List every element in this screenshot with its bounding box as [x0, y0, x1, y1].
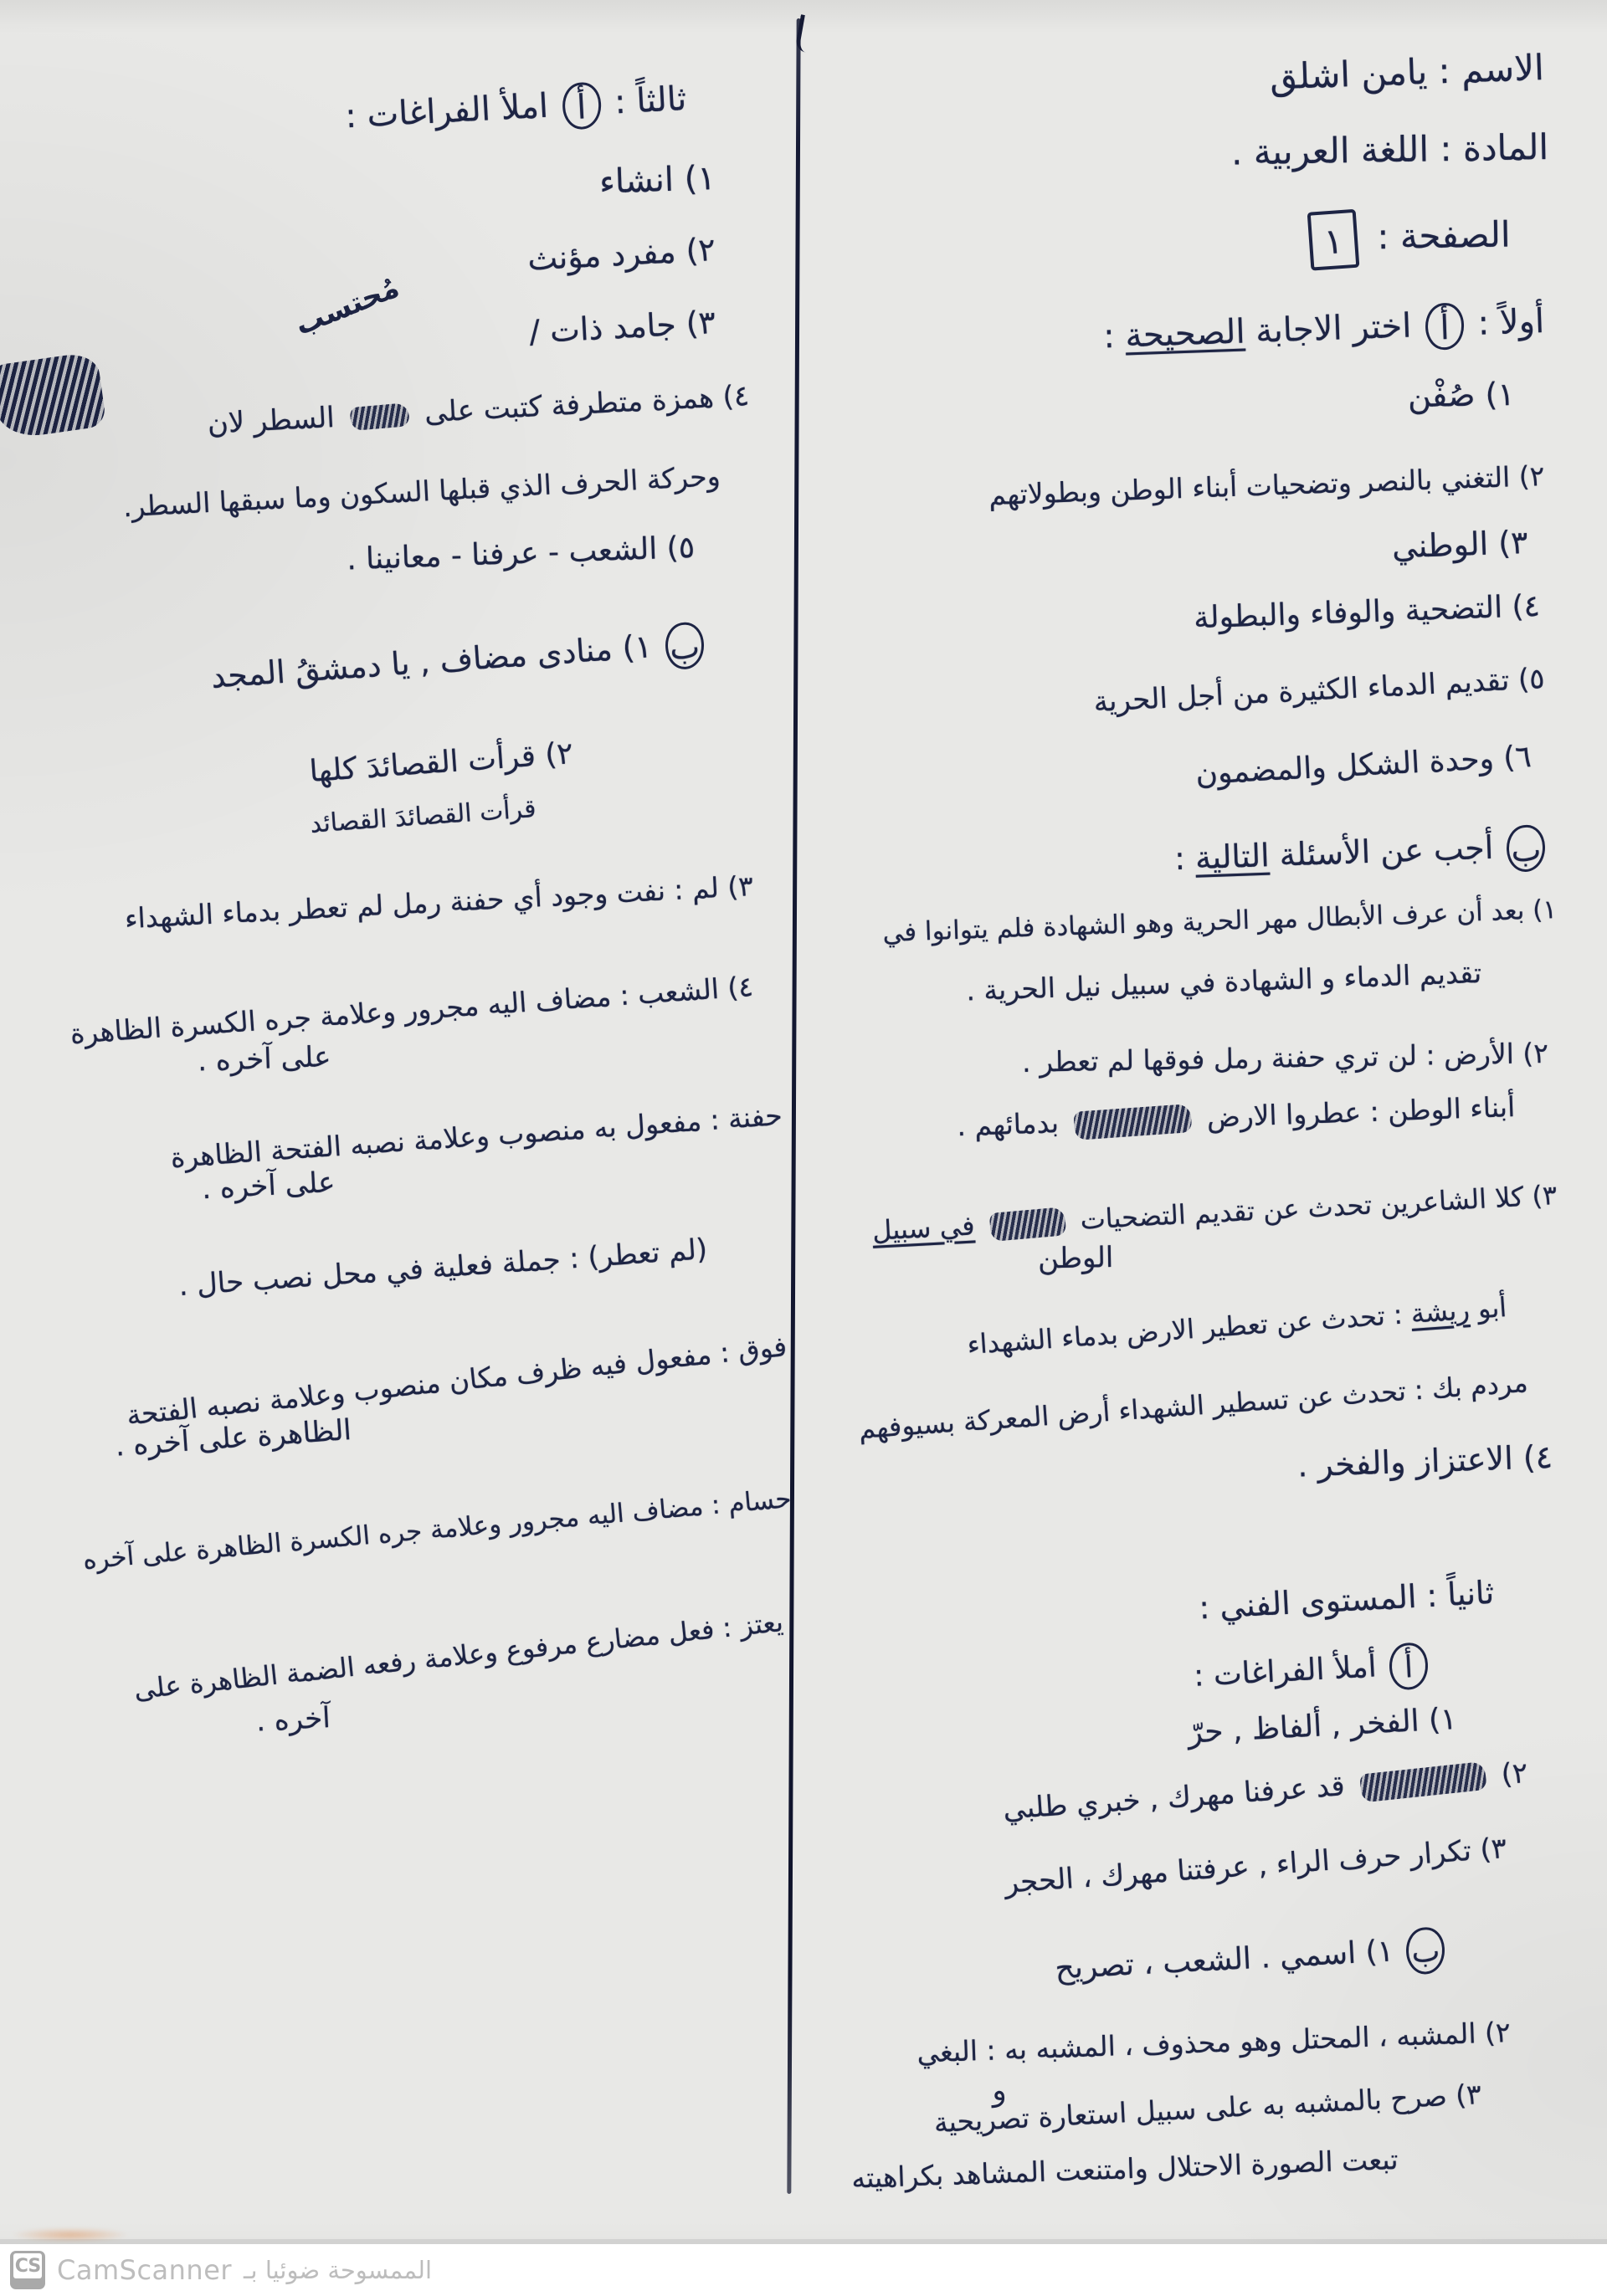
section2b-item1: ب ١) اسمي . الشعب ، تصريح — [1054, 1926, 1450, 1994]
grammar-b-letter-circle: ب — [664, 621, 706, 670]
blank-answer-4-tail: السطر لان — [207, 401, 336, 441]
scanned-exam-page: الاسم : يامن اشلق المادة : اللغة العربية… — [0, 0, 1607, 2296]
section1-letter-circle: أ — [1425, 302, 1465, 351]
scanned-by-caption: الممسوحة ضوئيا بـ — [244, 2256, 432, 2284]
yataz-parse-line2: آخره . — [255, 1700, 331, 1740]
fill-blank-answer-3: ٣) تكرار حرف الراء , عرفتنا مهرك ، الحجر — [1004, 1831, 1507, 1901]
cs-logo-text: CS — [13, 2253, 42, 2278]
qa-title-underlined: التالية — [1194, 837, 1270, 876]
blank-answer-4-line1: ٤) همزة متطرفة كتبت على السطر لان — [207, 378, 750, 442]
qa-title: أجب عن الأسئلة — [1279, 829, 1494, 874]
grammar-b2-line1: ٢) قرأت القصائدَ كلها — [309, 735, 575, 791]
lam-tuattar-parse: (لم تعطر) : جملة فعلية في محل نصب حال . — [177, 1232, 708, 1304]
hafna-parse-line2: على آخره . — [201, 1165, 336, 1207]
qa2-line2-tail: بدمائهم . — [957, 1106, 1060, 1142]
student-name-text: الاسم : يامن اشلق — [1270, 47, 1545, 97]
qa-letter-circle: ب — [1506, 824, 1546, 873]
ink-scribble — [349, 402, 409, 431]
section2b-item3-line2: تبعت الصورة الاحتلال وامتنعت المشاهد بكر… — [850, 2142, 1398, 2196]
blank-answer-4-line2: وحركة الحرف الذي قبلها السكون وما سبقها … — [121, 459, 721, 525]
section3-letter-circle: أ — [561, 81, 602, 130]
fill-blank-answer-2: ٢) قد عرفنا مهرك , خبري طلبي — [1002, 1755, 1529, 1827]
qa1-line2: تقديم الدماء و الشهادة في سبيل نيل الحري… — [966, 956, 1482, 1008]
blank-answer-1: ١) انشاء — [598, 157, 716, 203]
mcq-answer-3: ٣) الوطني — [1391, 523, 1528, 567]
section1-heading: أولاً : أ اختر الاجابة الصحيحة : — [1102, 300, 1545, 361]
yataz-parse-line1: يعتز : فعل مضارع مرفوع وعلامة رفعه الضمة… — [132, 1605, 784, 1706]
subject-line: المادة : اللغة العربية . — [1231, 126, 1549, 175]
qa3-poet1: أبو — [1476, 1291, 1507, 1325]
page-number-line: الصفحة : ١ — [1301, 208, 1512, 269]
section1-title-underlined: الصحيحة — [1125, 312, 1246, 355]
section2a-title: أملأ الفراغات : — [1193, 1649, 1377, 1693]
camscanner-brand-text: CamScanner — [57, 2254, 232, 2286]
section3-ordinal: ثالثاً : — [614, 79, 687, 121]
hafna-parse-line1: حفنة : مفعول به منصوب وعلامة نصبه الفتحة… — [170, 1098, 784, 1175]
qa-title-colon: : — [1173, 840, 1185, 877]
heavy-ink-scribble — [0, 351, 107, 441]
grammar-b4-line1: ٤) الشعب : مضاف اليه مجرور وعلامة جره ال… — [69, 969, 755, 1051]
section2a-letter-circle: أ — [1389, 1642, 1430, 1690]
page-number-box: ١ — [1307, 209, 1360, 271]
ink-scribble — [1359, 1760, 1487, 1801]
qa3-line2: الوطن — [1037, 1240, 1113, 1277]
section3-title: املأ الفراغات : — [344, 87, 549, 136]
qa3-line1-underlined: في سبيل — [871, 1209, 975, 1246]
subject-text: المادة : اللغة العربية . — [1231, 126, 1549, 173]
section2b-item3: ٣) صرح بالمشبه به على سبيل استعارة تصريح… — [933, 2077, 1482, 2140]
husam-parse-line: حسام : مضاف اليه مجرور وعلامة جره الكسرة… — [81, 1483, 793, 1577]
section1-ordinal: أولاً : — [1477, 302, 1545, 343]
qa3-line1: ٣) كلا الشاعرين تحدث عن تقديم التضحيات ف… — [871, 1178, 1558, 1248]
ink-scribble — [988, 1207, 1066, 1242]
qa3-line4: مردم بك : تحدث عن تسطير الشهداء أرض المع… — [857, 1366, 1528, 1446]
camscanner-logo-icon: CS — [10, 2251, 45, 2289]
qa3-line3: أبو ريشة : تحدث عن تعطير الارض بدماء الش… — [966, 1290, 1507, 1361]
qa-section-heading: ب أجب عن الأسئلة التالية : — [1173, 824, 1549, 884]
section2b-item2: ٢) المشبه ، المحتل وهو محذوف ، المشبه به… — [916, 2015, 1512, 2070]
section1-title-colon: : — [1102, 317, 1115, 356]
margin-correction-mark: و — [991, 2073, 1008, 2109]
fill-blank-answer-1: ١) الفخر , ألفاظ , حرّ — [1187, 1700, 1457, 1752]
camscanner-watermark-bar: CS CamScanner الممسوحة ضوئيا بـ — [0, 2244, 1607, 2296]
right-column: الاسم : يامن اشلق المادة : اللغة العربية… — [803, 0, 1607, 2296]
grammar-b4-line2: على آخره . — [197, 1039, 331, 1079]
grammar-b3: ٣) لم : نفت وجود أي حفنة رمل لم تعطر بدم… — [124, 869, 754, 936]
blank-answer-3: ٣) جامد ذات / — [528, 303, 716, 352]
fill-blank-2-text: قد عرفنا مهرك , خبري طلبي — [1002, 1769, 1346, 1826]
section2-heading: ثانياً : المستوى الفني : — [1198, 1573, 1495, 1628]
grammar-b2-line2: قرأت القصائدَ القصائد — [309, 793, 537, 840]
mcq-answer-4: ٤) التضحية والوفاء والبطولة — [1194, 587, 1541, 637]
mcq-answer-2: ٢) التغني بالنصر وتضحيات أبناء الوطن وبط… — [988, 459, 1544, 512]
qa2-line2: أبناء الوطن : عطروا الارض بدمائهم . — [957, 1089, 1516, 1144]
section1-title: اختر الاجابة — [1255, 307, 1412, 351]
fawq-parse-line1: فوق : مفعول فيه ظرف مكان منصوب وعلامة نص… — [125, 1329, 788, 1432]
mcq-answer-5: ٥) تقديم الدماء الكثيرة من أجل الحرية — [1092, 661, 1545, 720]
qa2-line1: ٢) الأرض : لن تري حفنة رمل فوقها لم تعطر… — [1022, 1036, 1549, 1079]
grammar-b1-text: ١) منادى مضاف , يا دمشقُ المجد — [210, 628, 654, 695]
fill-blank-2-number: ٢) — [1500, 1756, 1528, 1791]
qa3-line3-text: : تحدث عن تعطير الارض بدماء الشهداء — [966, 1299, 1404, 1361]
page-label: الصفحة : — [1377, 214, 1511, 258]
qa3-line1-text: ٣) كلا الشاعرين تحدث عن تقديم التضحيات — [1080, 1179, 1558, 1236]
blank-answer-3-note: مُحتسب — [290, 270, 404, 342]
ink-scribble — [1073, 1104, 1192, 1140]
section2a-heading: أ أملأ الفراغات : — [1193, 1642, 1433, 1701]
blank-answer-4-text: ٤) همزة متطرفة كتبت على — [424, 379, 750, 429]
section2b-item1-text: ١) اسمي . الشعب ، تصريح — [1054, 1934, 1394, 1986]
mcq-answer-6: ٦) وحدة الشكل والمضمون — [1195, 738, 1533, 793]
blank-answer-2: ٢) مفرد مؤنث — [526, 230, 716, 279]
blank-answer-5: ٥) الشعب - عرفنا - معانينا . — [346, 529, 695, 578]
grammar-b-heading-item1: ب ١) منادى مضاف , يا دمشقُ المجد — [210, 621, 709, 702]
qa2-line2-text: أبناء الوطن : عطروا الارض — [1206, 1090, 1516, 1134]
section2b-letter-circle: ب — [1405, 1926, 1446, 1975]
qa3-poet1-underlined: ريشة — [1409, 1294, 1471, 1330]
qa1-line1: ١) بعد أن عرف الأبطال مهر الحرية وهو الش… — [882, 894, 1558, 950]
qa4-answer: ٤) الاعتزاز والفخر . — [1296, 1438, 1553, 1486]
mcq-answer-1: ١) صُفْن — [1408, 375, 1516, 417]
section3-heading: ثالثاً : أ املأ الفراغات : — [344, 77, 688, 141]
left-column: ثالثاً : أ املأ الفراغات : ١) انشاء ٢) م… — [0, 0, 795, 2296]
student-name-line: الاسم : يامن اشلق — [1270, 46, 1545, 100]
